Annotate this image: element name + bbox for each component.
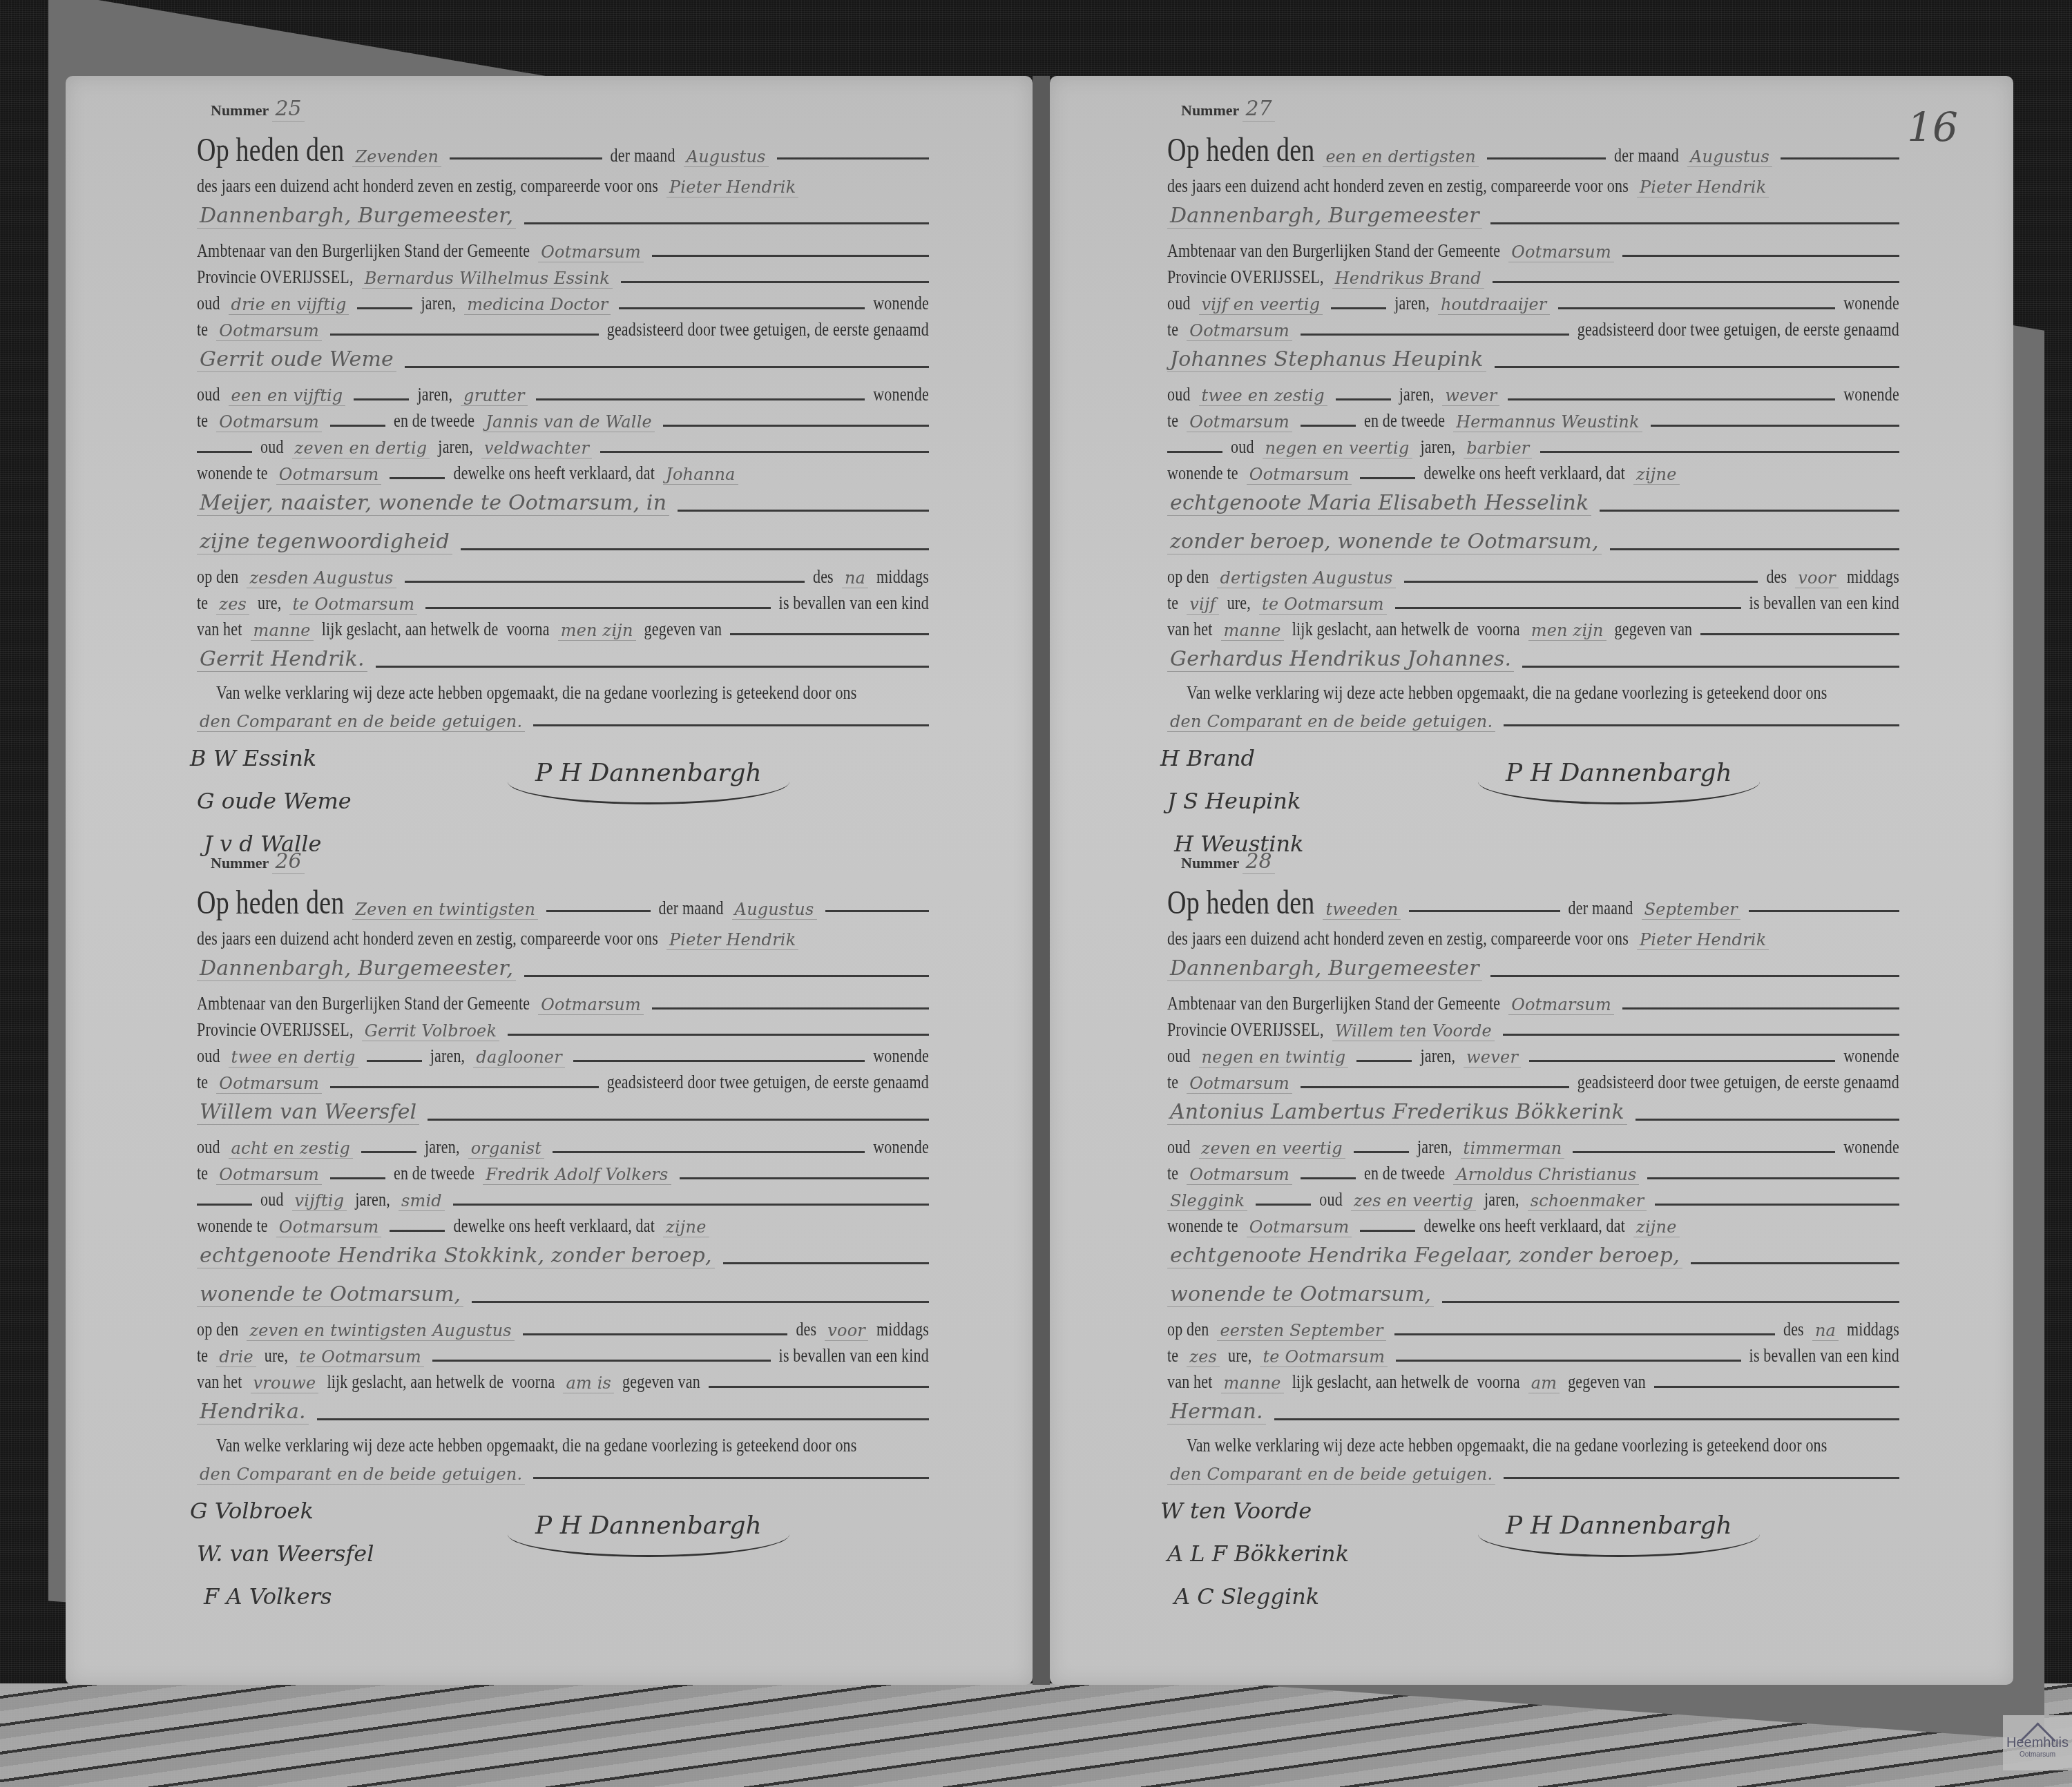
printed-text: des jaars een duizend acht honderd zeven…: [1167, 175, 1629, 197]
handwritten-entry: Dannenbargh, Burgemeester,: [197, 204, 516, 229]
handwritten-entry: Hermannus Weustink: [1453, 412, 1642, 432]
printed-text: te: [197, 318, 208, 341]
printed-text: jaren,: [417, 383, 452, 406]
handwritten-entry: Hendrika.: [197, 1400, 309, 1424]
handwritten-entry: wever: [1442, 386, 1499, 406]
line-closing-hw: den Comparant en de beide getuigen.: [197, 1465, 929, 1491]
printed-text: te: [197, 1162, 208, 1185]
handwritten-entry: zeven en twintigsten Augustus: [247, 1321, 514, 1341]
line-witness1-age: oudeen en vijftig jaren,grutter wonende: [197, 386, 929, 412]
printed-text: ure,: [1227, 592, 1251, 615]
printed-text: der maand: [1614, 144, 1679, 167]
printed-text: is bevallen van een kind: [779, 1344, 929, 1367]
line-date: Op heden denZevenden der maandAugustus: [197, 139, 929, 177]
printed-text: en de tweede: [394, 1162, 474, 1185]
handwritten-entry: Ootmarsum: [1508, 995, 1614, 1015]
printed-text: oud: [197, 1136, 220, 1159]
handwritten-entry: 28: [1243, 849, 1274, 874]
printed-text: voorna: [506, 618, 549, 641]
line-witness2-age: oudzeven en dertig jaren,veldwachter: [197, 438, 929, 465]
printed-text: van het: [1167, 1371, 1213, 1393]
handwritten-entry: vijf: [1187, 595, 1218, 615]
handwritten-entry: organist: [468, 1139, 544, 1159]
line-witness2-residence: wonende teOotmarsum dewelke ons heeft ve…: [197, 1217, 929, 1244]
printed-text: op den: [197, 566, 238, 588]
printed-text: te: [1167, 592, 1178, 615]
printed-text: der maand: [611, 144, 675, 167]
handwritten-entry: Ootmarsum: [276, 465, 382, 485]
printed-text: op den: [1167, 1318, 1209, 1341]
printed-text: Van welke verklaring wij deze acte hebbe…: [1187, 682, 1828, 704]
handwritten-entry: Pieter Hendrik: [1637, 930, 1769, 950]
line-year: des jaars een duizend acht honderd zeven…: [197, 930, 929, 956]
line-child-name: Hendrika.: [197, 1400, 929, 1438]
handwritten-entry: Dannenbargh, Burgemeester: [1167, 204, 1482, 229]
signature-official: P H Dannenbargh: [1478, 1511, 1760, 1557]
printed-text: is bevallen van een kind: [779, 592, 929, 615]
handwritten-entry: am is: [563, 1373, 614, 1393]
printed-text: gegeven van: [644, 618, 722, 641]
line-declarant-age: oudnegen en twintig jaren,wever wonende: [1167, 1047, 1899, 1074]
line-witness2: teOotmarsum en de tweedeHermannus Weusti…: [1167, 412, 1899, 438]
line-declaration-1: echtgenoote Maria Elisabeth Hesselink: [1167, 491, 1899, 530]
handwritten-entry: 27: [1243, 97, 1274, 122]
printed-text: Op heden den: [197, 131, 344, 169]
signature-witness-2: A C Sleggink: [1174, 1583, 1319, 1610]
printed-text: Nummer: [211, 102, 269, 119]
handwritten-entry: den Comparant en de beide getuigen.: [1167, 1465, 1495, 1485]
handwritten-entry: vrouwe: [251, 1373, 319, 1393]
printed-text: middags: [876, 566, 929, 588]
printed-text: des: [1766, 566, 1787, 588]
line-witness2-age: oudnegen en veertig jaren,barbier: [1167, 438, 1899, 465]
printed-text: dewelke ons heeft verklaard, dat: [1423, 462, 1625, 485]
handwritten-entry: een en dertigsten: [1323, 147, 1479, 167]
line-declarant: Provincie OVERIJSSEL,Willem ten Voorde: [1167, 1021, 1899, 1047]
line-birth-date: op denzeven en twintigsten Augustus desv…: [197, 1321, 929, 1347]
printed-text: lijk geslacht, aan hetwelk de: [1292, 1371, 1469, 1393]
line-closing: Van welke verklaring wij deze acte hebbe…: [197, 1438, 929, 1465]
line-birth-hour: tezes ure,te Ootmarsum is bevallen van e…: [197, 595, 929, 621]
line-sex: van hetvrouwe lijk geslacht, aan hetwelk…: [197, 1373, 929, 1400]
handwritten-entry: medicina Doctor: [464, 295, 611, 315]
line-closing-hw: den Comparant en de beide getuigen.: [1167, 712, 1899, 738]
line-closing-hw: den Comparant en de beide getuigen.: [197, 712, 929, 738]
printed-text: Provincie OVERIJSSEL,: [1167, 266, 1324, 289]
handwritten-entry: twee en dertig: [229, 1047, 358, 1068]
handwritten-entry: Augustus: [684, 147, 769, 167]
handwritten-entry: Ootmarsum: [216, 1165, 322, 1185]
line-declarant-residence: teOotmarsum geadsisteerd door twee getui…: [197, 1074, 929, 1100]
printed-text: des: [1783, 1318, 1804, 1341]
line-declarant-age: oudtwee en dertig jaren,daglooner wonend…: [197, 1047, 929, 1074]
handwritten-entry: echtgenoote Maria Elisabeth Hesselink: [1167, 491, 1591, 516]
printed-text: jaren,: [1420, 1045, 1455, 1068]
line-date: Op heden dentweeden der maandSeptember: [1167, 891, 1899, 930]
printed-text: lijk geslacht, aan hetwelk de: [322, 618, 499, 641]
handwritten-entry: am: [1528, 1373, 1560, 1393]
printed-text: Ambtenaar van den Burgerlijken Stand der…: [197, 992, 530, 1015]
printed-text: gegeven van: [1568, 1371, 1646, 1393]
handwritten-entry: drie en vijftig: [229, 295, 349, 315]
printed-text: jaren,: [1417, 1136, 1452, 1159]
signature-official: P H Dannenbargh: [1478, 759, 1760, 804]
printed-text: is bevallen van een kind: [1749, 1344, 1899, 1367]
handwritten-entry: den Comparant en de beide getuigen.: [1167, 712, 1495, 732]
handwritten-entry: Ootmarsum: [1247, 1217, 1352, 1237]
printed-text: te: [1167, 1071, 1178, 1094]
handwritten-entry: Johannes Stephanus Heupink: [1167, 347, 1486, 372]
printed-text: jaren,: [421, 292, 456, 315]
printed-text: jaren,: [430, 1045, 466, 1068]
handwritten-entry: Ootmarsum: [216, 1074, 322, 1094]
line-birth-date: op dendertigsten Augustus desvoormiddags: [1167, 568, 1899, 595]
handwritten-entry: zeven en dertig: [292, 438, 430, 458]
handwritten-entry: 25: [272, 97, 304, 122]
line-date: Op heden deneen en dertigsten der maandA…: [1167, 139, 1899, 177]
line-child-name: Herman.: [1167, 1400, 1899, 1438]
printed-text: Van welke verklaring wij deze acte hebbe…: [216, 682, 857, 704]
line-witness2-residence: wonende teOotmarsum dewelke ons heeft ve…: [197, 465, 929, 491]
handwritten-entry: vijf en veertig: [1199, 295, 1323, 315]
printed-text: jaren,: [355, 1188, 390, 1211]
printed-text: middags: [876, 1318, 929, 1341]
printed-text: Op heden den: [1167, 131, 1314, 169]
handwritten-entry: zijne: [663, 1217, 709, 1237]
line-year: des jaars een duizend acht honderd zeven…: [1167, 930, 1899, 956]
printed-text: oud: [1167, 383, 1191, 406]
printed-text: oud: [1231, 436, 1254, 458]
printed-text: oud: [1167, 1045, 1191, 1068]
handwritten-entry: zonder beroep, wonende te Ootmarsum,: [1167, 530, 1602, 554]
handwritten-entry: Zeven en twintigsten: [352, 900, 538, 920]
printed-text: Op heden den: [197, 884, 344, 922]
printed-text: des jaars een duizend acht honderd zeven…: [197, 927, 658, 950]
printed-text: voorna: [512, 1371, 555, 1393]
handwritten-entry: twee en zestig: [1199, 386, 1327, 406]
printed-text: wonende: [873, 1136, 929, 1159]
handwritten-entry: men zijn: [1528, 621, 1606, 641]
handwritten-entry: Gerhardus Hendrikus Johannes.: [1167, 647, 1514, 672]
handwritten-entry: Meijer, naaister, wonende te Ootmarsum, …: [197, 491, 669, 516]
handwritten-entry: Augustus: [1687, 147, 1772, 167]
line-witness1-age: oudtwee en zestig jaren,wever wonende: [1167, 386, 1899, 412]
record-number: Nummer 25: [211, 97, 1171, 121]
printed-text: van het: [1167, 618, 1213, 641]
handwritten-entry: Ootmarsum: [216, 321, 322, 341]
handwritten-entry: Willem ten Voorde: [1332, 1021, 1495, 1041]
handwritten-entry: Hendrikus Brand: [1332, 269, 1484, 289]
printed-text: Ambtenaar van den Burgerlijken Stand der…: [197, 240, 530, 262]
handwritten-entry: Fredrik Adolf Volkers: [483, 1165, 671, 1185]
handwritten-entry: smid: [399, 1191, 445, 1211]
handwritten-entry: negen en veertig: [1263, 438, 1412, 458]
line-sex: van hetmanne lijk geslacht, aan hetwelk …: [1167, 621, 1899, 647]
printed-text: wonende: [873, 292, 929, 315]
handwritten-entry: Gerrit Hendrik.: [197, 647, 367, 672]
handwritten-entry: Ootmarsum: [538, 995, 644, 1015]
printed-text: Provincie OVERIJSSEL,: [197, 266, 354, 289]
handwritten-entry: eersten September: [1217, 1321, 1385, 1341]
signatures: W ten Voorde A L F Bökkerink A C Sleggin…: [1160, 1498, 2072, 1650]
printed-text: ure,: [1228, 1344, 1251, 1367]
printed-text: der maand: [1569, 897, 1633, 920]
handwritten-entry: Ootmarsum: [1187, 321, 1292, 341]
line-declaration-2: zonder beroep, wonende te Ootmarsum,: [1167, 530, 1899, 568]
handwritten-entry: dertigsten Augustus: [1217, 568, 1395, 588]
printed-text: lijk geslacht, aan hetwelk de: [1292, 618, 1469, 641]
handwritten-entry: Ootmarsum: [1247, 465, 1352, 485]
handwritten-entry: zijne: [1633, 1217, 1679, 1237]
line-closing-hw: den Comparant en de beide getuigen.: [1167, 1465, 1899, 1491]
line-closing: Van welke verklaring wij deze acte hebbe…: [1167, 1438, 1899, 1465]
line-child-name: Gerhardus Hendrikus Johannes.: [1167, 647, 1899, 686]
line-municipality: Ambtenaar van den Burgerlijken Stand der…: [197, 242, 929, 269]
birth-record: Nummer 28 Op heden dentweeden der maandS…: [1243, 849, 2072, 1650]
record-number: Nummer 27: [1181, 97, 2072, 121]
line-official: Dannenbargh, Burgemeester: [1167, 956, 1899, 995]
printed-text: Nummer: [1181, 102, 1239, 119]
printed-text: Van welke verklaring wij deze acte hebbe…: [1187, 1434, 1828, 1457]
printed-text: wonende te: [197, 1215, 268, 1237]
handwritten-entry: tweeden: [1323, 900, 1401, 920]
handwritten-entry: daglooner: [473, 1047, 565, 1068]
printed-text: geadsisteerd door twee getuigen, de eers…: [1577, 318, 1899, 341]
printed-text: der maand: [659, 897, 724, 920]
record-number: Nummer 26: [211, 849, 1171, 873]
printed-text: voorna: [1477, 1371, 1519, 1393]
signature-official: P H Dannenbargh: [508, 759, 789, 804]
printed-text: Op heden den: [1167, 884, 1314, 922]
line-official: Dannenbargh, Burgemeester,: [197, 956, 929, 995]
handwritten-entry: Augustus: [732, 900, 817, 920]
handwritten-entry: wonende te Ootmarsum,: [1167, 1282, 1434, 1307]
handwritten-entry: Ootmarsum: [1187, 1165, 1292, 1185]
left-page: Nummer 25 Op heden denZevenden der maand…: [66, 76, 1033, 1685]
printed-text: ure,: [265, 1344, 288, 1367]
handwritten-entry: Jannis van de Walle: [483, 412, 655, 432]
handwritten-entry: echtgenoote Hendrika Stokkink, zonder be…: [197, 1244, 715, 1268]
handwritten-entry: September: [1642, 900, 1740, 920]
printed-text: jaren,: [1399, 383, 1435, 406]
book-gutter: [1033, 76, 1050, 1685]
printed-text: ure,: [258, 592, 281, 615]
printed-text: middags: [1847, 566, 1899, 588]
heemhuis-watermark: Heemhuis Ootmarsum: [2003, 1715, 2072, 1770]
line-year: des jaars een duizend acht honderd zeven…: [197, 177, 929, 204]
handwritten-entry: Dannenbargh, Burgemeester,: [197, 956, 516, 981]
line-sex: van hetmanne lijk geslacht, aan hetwelk …: [197, 621, 929, 647]
line-declarant-residence: teOotmarsum geadsisteerd door twee getui…: [1167, 1074, 1899, 1100]
handwritten-entry: Antonius Lambertus Frederikus Bökkerink: [1167, 1100, 1627, 1125]
printed-text: oud: [197, 383, 220, 406]
handwritten-entry: Gerrit Volbroek: [362, 1021, 500, 1041]
handwritten-entry: vijftig: [292, 1191, 347, 1211]
line-birth-hour: tevijf ure,te Ootmarsum is bevallen van …: [1167, 595, 1899, 621]
right-page: 16 Nummer 27 Op heden deneen en dertigst…: [1050, 76, 2013, 1685]
printed-text: wonende: [873, 383, 929, 406]
printed-text: wonende te: [197, 462, 268, 485]
line-witness2: teOotmarsum en de tweedeArnoldus Christi…: [1167, 1165, 1899, 1191]
handwritten-entry: houtdraaijer: [1438, 295, 1550, 315]
handwritten-entry: Pieter Hendrik: [666, 930, 798, 950]
printed-text: is bevallen van een kind: [1749, 592, 1899, 615]
handwritten-entry: Ootmarsum: [276, 1217, 382, 1237]
handwritten-entry: Willem van Weersfel: [197, 1100, 419, 1125]
handwritten-entry: negen en twintig: [1199, 1047, 1349, 1068]
printed-text: en de tweede: [1364, 1162, 1445, 1185]
printed-text: Ambtenaar van den Burgerlijken Stand der…: [1167, 992, 1500, 1015]
signature-witness-1: J S Heupink: [1167, 788, 1301, 814]
signature-declarant: W ten Voorde: [1160, 1498, 1312, 1524]
handwritten-entry: zes en veertig: [1351, 1191, 1476, 1211]
line-declaration-2: wonende te Ootmarsum,: [1167, 1282, 1899, 1321]
printed-text: des jaars een duizend acht honderd zeven…: [197, 175, 658, 197]
printed-text: wonende: [1843, 383, 1899, 406]
line-declaration-2: zijne tegenwoordigheid: [197, 530, 929, 568]
line-declarant-residence: teOotmarsum geadsisteerd door twee getui…: [197, 321, 929, 347]
line-declaration-2: wonende te Ootmarsum,: [197, 1282, 929, 1321]
handwritten-entry: Johanna: [663, 465, 738, 485]
line-municipality: Ambtenaar van den Burgerlijken Stand der…: [1167, 995, 1899, 1021]
handwritten-entry: timmerman: [1461, 1139, 1565, 1159]
printed-text: wonende: [1843, 1136, 1899, 1159]
signatures: G Volbroek W. van Weersfel F A Volkers P…: [190, 1498, 1171, 1650]
printed-text: gegeven van: [622, 1371, 700, 1393]
printed-text: jaren,: [1421, 436, 1456, 458]
handwritten-entry: Pieter Hendrik: [1637, 177, 1769, 197]
handwritten-entry: veldwachter: [481, 438, 592, 458]
signature-declarant: B W Essink: [190, 745, 316, 771]
line-declaration-1: echtgenoote Hendrika Fegelaar, zonder be…: [1167, 1244, 1899, 1282]
line-witness2-residence: wonende teOotmarsum dewelke ons heeft ve…: [1167, 465, 1899, 491]
printed-text: oud: [1319, 1188, 1343, 1211]
printed-text: oud: [1167, 1136, 1191, 1159]
line-witness1: Antonius Lambertus Frederikus Bökkerink: [1167, 1100, 1899, 1139]
handwritten-entry: Ootmarsum: [538, 242, 644, 262]
handwritten-entry: wonende te Ootmarsum,: [197, 1282, 463, 1307]
handwritten-entry: Pieter Hendrik: [666, 177, 798, 197]
handwritten-entry: na: [842, 568, 868, 588]
handwritten-entry: Ootmarsum: [1508, 242, 1614, 262]
signature-declarant: H Brand: [1160, 745, 1255, 771]
line-sex: van hetmanne lijk geslacht, aan hetwelk …: [1167, 1373, 1899, 1400]
line-witness2-age: Sleggink oudzes en veertig jaren,schoenm…: [1167, 1191, 1899, 1217]
printed-text: dewelke ons heeft verklaard, dat: [1423, 1215, 1625, 1237]
handwritten-entry: barbier: [1464, 438, 1532, 458]
line-closing: Van welke verklaring wij deze acte hebbe…: [197, 686, 929, 712]
line-declarant-age: ouddrie en vijftig jaren,medicina Doctor…: [197, 295, 929, 321]
printed-text: op den: [1167, 566, 1209, 588]
signature-witness-1: W. van Weersfel: [197, 1540, 374, 1567]
handwritten-entry: men zijn: [558, 621, 636, 641]
line-witness1: Johannes Stephanus Heupink: [1167, 347, 1899, 386]
printed-text: te: [1167, 1344, 1178, 1367]
handwritten-entry: zesden Augustus: [247, 568, 396, 588]
line-declarant: Provincie OVERIJSSEL,Bernardus Wilhelmus…: [197, 269, 929, 295]
handwritten-entry: Sleggink: [1167, 1191, 1247, 1211]
line-witness2-age: oudvijftig jaren,smid: [197, 1191, 929, 1217]
printed-text: van het: [197, 618, 242, 641]
line-year: des jaars een duizend acht honderd zeven…: [1167, 177, 1899, 204]
signature-official: P H Dannenbargh: [508, 1511, 789, 1557]
handwritten-entry: manne: [1221, 1373, 1284, 1393]
printed-text: te: [1167, 409, 1178, 432]
line-witness2: teOotmarsum en de tweedeFredrik Adolf Vo…: [197, 1165, 929, 1191]
printed-text: lijk geslacht, aan hetwelk de: [327, 1371, 503, 1393]
printed-text: te: [197, 409, 208, 432]
line-declarant: Provincie OVERIJSSEL,Hendrikus Brand: [1167, 269, 1899, 295]
printed-text: wonende: [1843, 1045, 1899, 1068]
line-municipality: Ambtenaar van den Burgerlijken Stand der…: [1167, 242, 1899, 269]
handwritten-entry: acht en zestig: [229, 1139, 353, 1159]
printed-text: te: [1167, 318, 1178, 341]
printed-text: en de tweede: [1364, 409, 1445, 432]
handwritten-entry: manne: [1221, 621, 1284, 641]
signature-declarant: G Volbroek: [190, 1498, 314, 1524]
handwritten-entry: Herman.: [1167, 1400, 1266, 1424]
line-official: Dannenbargh, Burgemeester: [1167, 204, 1899, 242]
printed-text: Provincie OVERIJSSEL,: [197, 1018, 354, 1041]
signature-witness-1: A L F Bökkerink: [1167, 1540, 1349, 1567]
handwritten-entry: een en vijftig: [229, 386, 346, 406]
line-birth-hour: tedrie ure,te Ootmarsum is bevallen van …: [197, 1347, 929, 1373]
handwritten-entry: 26: [272, 849, 304, 874]
printed-text: oud: [260, 436, 284, 458]
printed-text: voorna: [1477, 618, 1519, 641]
handwritten-entry: zijne tegenwoordigheid: [197, 530, 452, 554]
printed-text: wonende: [873, 1045, 929, 1068]
printed-text: jaren,: [438, 436, 473, 458]
handwritten-entry: zeven en veertig: [1199, 1139, 1345, 1159]
printed-text: Provincie OVERIJSSEL,: [1167, 1018, 1324, 1041]
line-declaration-1: Meijer, naaister, wonende te Ootmarsum, …: [197, 491, 929, 530]
printed-text: wonende te: [1167, 1215, 1238, 1237]
printed-text: jaren,: [425, 1136, 460, 1159]
line-official: Dannenbargh, Burgemeester,: [197, 204, 929, 242]
line-witness1-age: oudzeven en veertig jaren,timmerman wone…: [1167, 1139, 1899, 1165]
printed-text: te: [197, 592, 208, 615]
printed-text: te: [197, 1344, 208, 1367]
line-declarant: Provincie OVERIJSSEL,Gerrit Volbroek: [197, 1021, 929, 1047]
printed-text: dewelke ons heeft verklaard, dat: [453, 462, 655, 485]
line-witness1-age: oudacht en zestig jaren,organist wonende: [197, 1139, 929, 1165]
line-witness1: Willem van Weersfel: [197, 1100, 929, 1139]
birth-record: Nummer 27 Op heden deneen en dertigsten …: [1243, 97, 2072, 897]
printed-text: jaren,: [1394, 292, 1430, 315]
printed-text: te: [197, 1071, 208, 1094]
handwritten-entry: Bernardus Wilhelmus Essink: [362, 269, 613, 289]
handwritten-entry: wever: [1464, 1047, 1521, 1068]
line-birth-date: op deneersten September desnamiddags: [1167, 1321, 1899, 1347]
handwritten-entry: Zevenden: [352, 147, 441, 167]
line-declarant-residence: teOotmarsum geadsisteerd door twee getui…: [1167, 321, 1899, 347]
line-child-name: Gerrit Hendrik.: [197, 647, 929, 686]
handwritten-entry: Dannenbargh, Burgemeester: [1167, 956, 1482, 981]
handwritten-entry: manne: [251, 621, 314, 641]
handwritten-entry: Ootmarsum: [1187, 412, 1292, 432]
printed-text: Van welke verklaring wij deze acte hebbe…: [216, 1434, 857, 1457]
line-witness2-residence: wonende teOotmarsum dewelke ons heeft ve…: [1167, 1217, 1899, 1244]
printed-text: van het: [197, 1371, 242, 1393]
printed-text: Nummer: [1181, 854, 1239, 871]
handwritten-entry: zijne: [1633, 465, 1679, 485]
printed-text: oud: [1167, 292, 1191, 315]
handwritten-entry: te Ootmarsum: [1259, 595, 1387, 615]
line-birth-hour: tezes ure,te Ootmarsum is bevallen van e…: [1167, 1347, 1899, 1373]
handwritten-entry: Ootmarsum: [1187, 1074, 1292, 1094]
printed-text: middags: [1847, 1318, 1899, 1341]
